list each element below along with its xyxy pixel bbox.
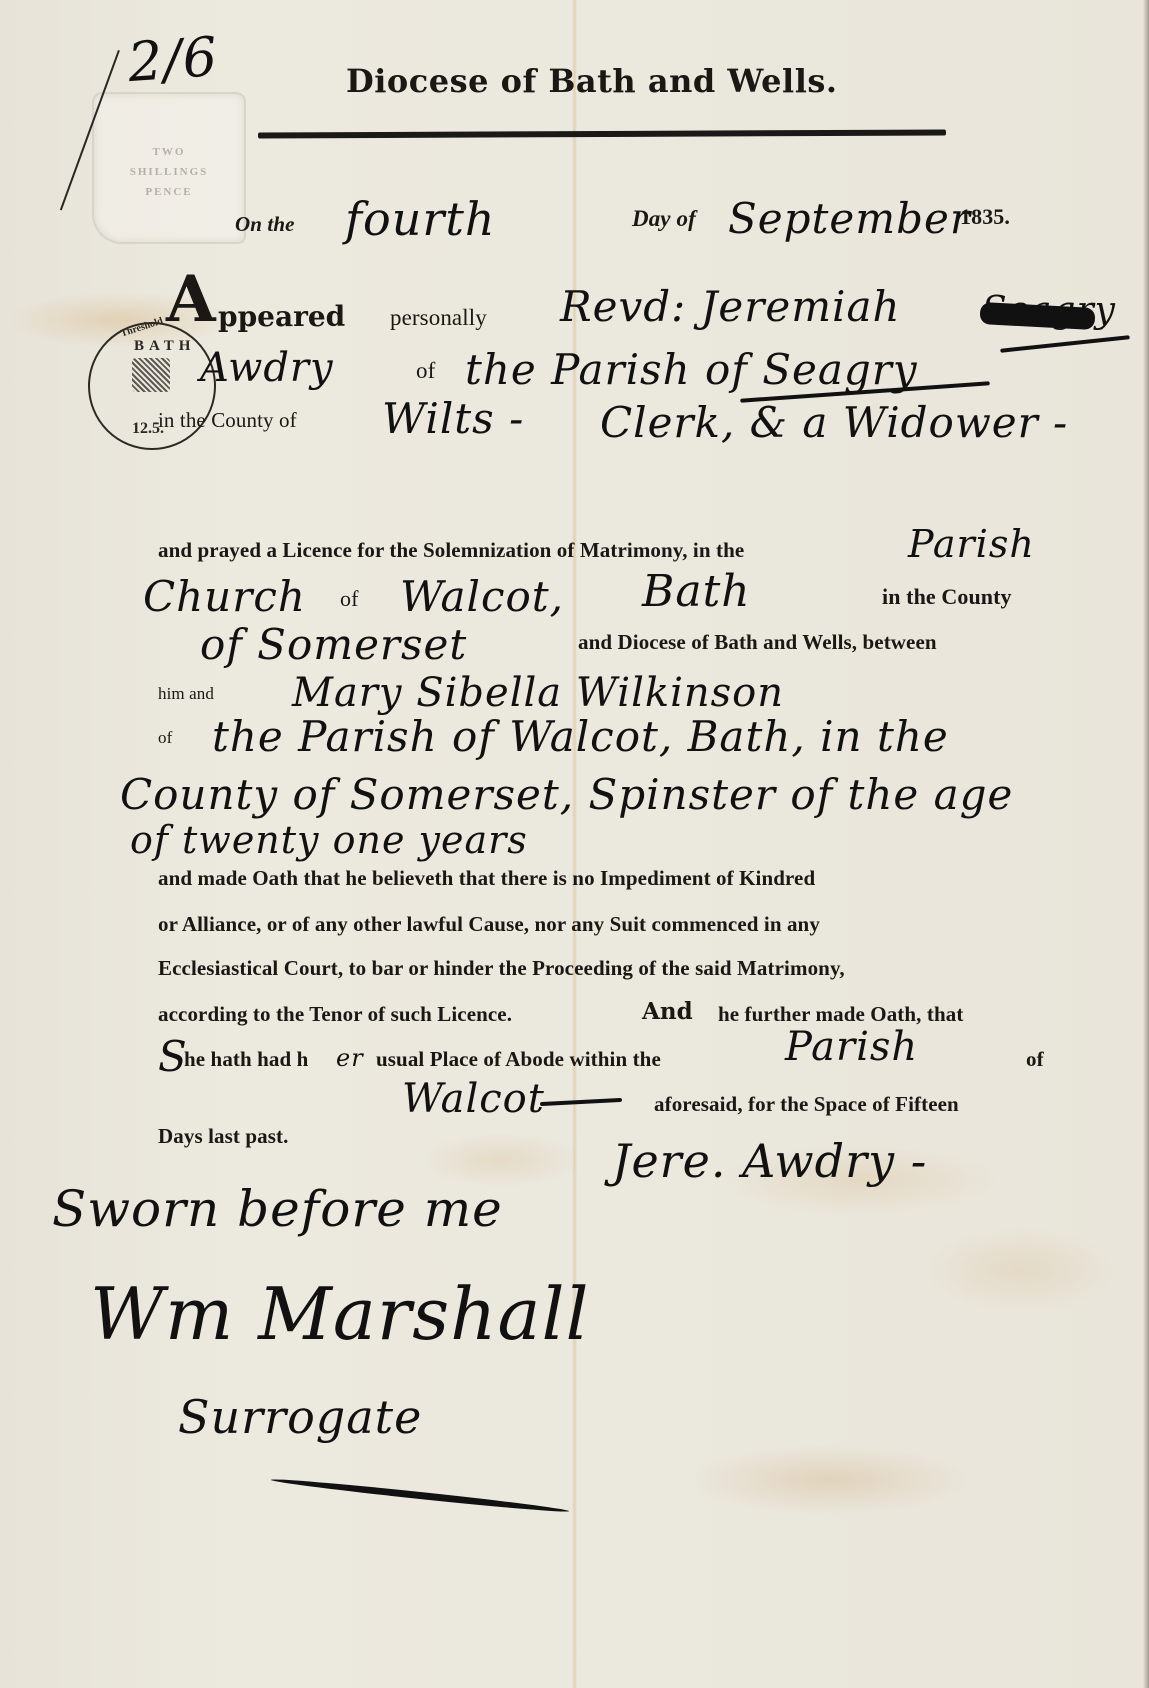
duty-stamp-line: PENCE	[94, 186, 244, 198]
date-prefix: On the	[235, 212, 295, 237]
date-year: 1835.	[960, 204, 1010, 230]
postmark-town: BATH	[134, 338, 195, 355]
fold-crease	[572, 0, 577, 1688]
licence-him-and: him and	[158, 684, 214, 704]
date-middle: Day of	[632, 206, 696, 232]
licence-of-label: of	[340, 586, 359, 612]
county-label: in the County of	[158, 408, 297, 433]
oath-line-3: Ecclesiastical Court, to bar or hinder t…	[158, 956, 845, 981]
oath-and-blackletter: And	[642, 998, 693, 1025]
fee-mark: 2/6	[126, 25, 220, 94]
licence-county-label: in the County	[882, 584, 1012, 610]
bride-name-hand: Mary Sibella Wilkinson	[292, 670, 784, 716]
date-day-hand: fourth	[345, 192, 495, 246]
abode-walcot-hand: Walcot	[402, 1076, 545, 1122]
ink-flourish	[1000, 335, 1130, 353]
embossed-duty-stamp: TWO SHILLINGS PENCE	[92, 92, 246, 244]
drop-cap: A	[166, 268, 216, 332]
licence-diocese-line: and Diocese of Bath and Wells, between	[578, 630, 937, 655]
bride-age-hand: of twenty one years	[130, 818, 528, 862]
document-title: Diocese of Bath and Wells.	[346, 62, 838, 100]
licence-document: TWO SHILLINGS PENCE 2/6 Diocese of Bath …	[0, 0, 1149, 1688]
licence-somerset-hand: of Somerset	[200, 620, 467, 669]
surrogate-title-hand: Surrogate	[178, 1390, 422, 1444]
duty-stamp-line: TWO	[94, 146, 244, 158]
oath-line-2: or Alliance, or of any other lawful Caus…	[158, 912, 820, 937]
paper-edge-shadow	[1143, 0, 1149, 1688]
ink-dash	[540, 1098, 622, 1106]
oath-line-5b: usual Place of Abode within the	[376, 1047, 661, 1072]
appeared-word: ppeared	[218, 300, 345, 333]
applicant-status-hand: Clerk, & a Widower -	[600, 398, 1068, 447]
deponent-signature: Jere. Awdry -	[612, 1134, 927, 1188]
licence-parish-hand: Parish	[908, 522, 1035, 566]
applicant-parish-hand: the Parish of Seagry	[465, 345, 918, 394]
applicant-name-hand: Revd: Jeremiah	[560, 282, 901, 331]
oath-line-5a: he hath had h	[184, 1047, 308, 1072]
abode-parish-hand: Parish	[785, 1024, 918, 1070]
licence-bath-hand: Bath	[642, 566, 751, 617]
oath-line-4a: according to the Tenor of such Licence.	[158, 1002, 512, 1027]
applicant-surname-hand: Awdry	[200, 345, 334, 391]
oath-of-label: of	[1026, 1047, 1044, 1072]
postmark-crest	[132, 358, 170, 392]
bride-of-label: of	[158, 728, 172, 748]
oath-line-1: and made Oath that he believeth that the…	[158, 866, 815, 891]
applicant-county-hand: Wilts -	[382, 394, 524, 443]
licence-church-hand: Church	[143, 572, 306, 621]
parish-of-label: of	[416, 358, 435, 384]
oath-line-7: Days last past.	[158, 1124, 288, 1149]
signature-flourish	[270, 1476, 569, 1514]
date-month-hand: September	[728, 194, 971, 243]
duty-stamp-line: SHILLINGS	[94, 166, 244, 178]
postmark-top-arc: Threshold	[119, 316, 164, 340]
licence-line-1: and prayed a Licence for the Solemnizati…	[158, 538, 744, 563]
surrogate-signature: Wm Marshall	[90, 1272, 590, 1356]
title-rule	[258, 129, 946, 138]
licence-walcot-hand: Walcot,	[400, 572, 564, 621]
bride-county-age-hand: County of Somerset, Spinster of the age	[120, 770, 1013, 819]
oath-line-6: aforesaid, for the Space of Fifteen	[654, 1092, 959, 1117]
oath-her-hand: er	[336, 1044, 364, 1072]
sworn-before-me-hand: Sworn before me	[52, 1180, 503, 1238]
bride-parish-hand: the Parish of Walcot, Bath, in the	[212, 712, 949, 761]
appeared-suffix: personally	[390, 305, 487, 331]
